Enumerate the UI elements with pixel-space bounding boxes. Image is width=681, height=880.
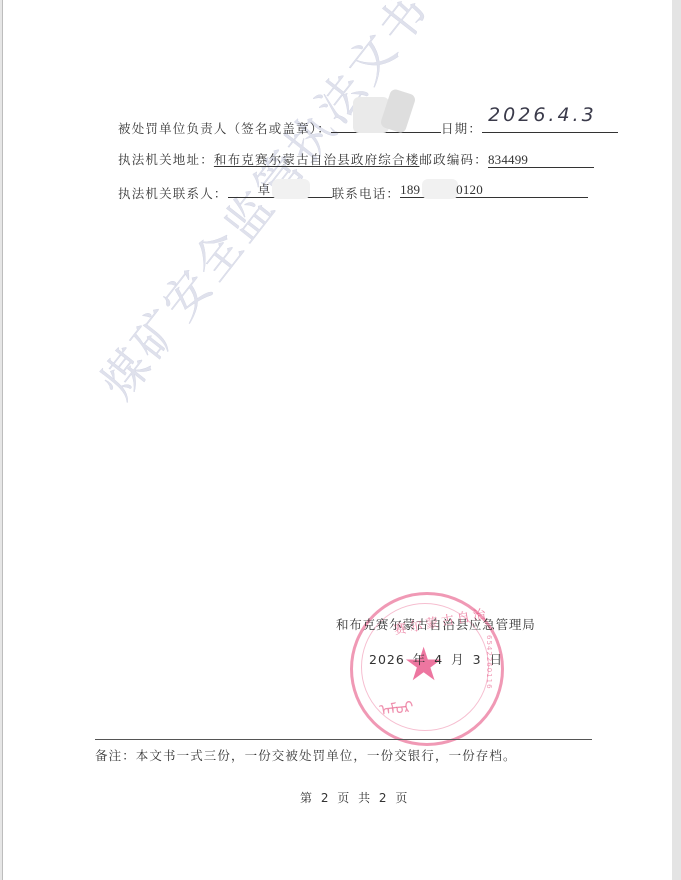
watermark: 煤矿安全监管执法文书专用: [83, 0, 504, 411]
date-field: 2026.4.3: [482, 117, 618, 133]
redaction-block: [422, 179, 458, 199]
signature-row: 被处罚单位负责人（签名或盖章）： 日期： 2026.4.3: [118, 117, 618, 137]
address-value: 和布克赛尔蒙古自治县政府综合楼: [214, 152, 420, 167]
remarks-note: 备注：本文书一式三份，一份交被处罚单位，一份交银行，一份存档。: [95, 746, 517, 764]
redaction-block: [379, 88, 416, 134]
contact-field: 卓: [228, 182, 332, 198]
viewer-scrollbar-track[interactable]: [672, 0, 681, 880]
phone-label: 联系电话：: [332, 186, 401, 201]
issue-date: 2026 年 4 月 3 日: [369, 650, 503, 668]
phone-prefix: 189: [400, 182, 420, 197]
seal-mongolian-script: ᠠᠮᠤᠷ: [378, 689, 415, 720]
phone-suffix: 0120: [456, 182, 483, 197]
document-page: 煤矿安全监管执法文书专用 被处罚单位负责人（签名或盖章）： 日期： 2026.4…: [2, 0, 673, 880]
page-number: 第 2 页 共 2 页: [300, 789, 408, 806]
date-label: 日期：: [441, 121, 482, 136]
handwritten-date: 2026.4.3: [488, 108, 597, 123]
postcode-field: 834499: [488, 152, 594, 168]
postcode-label: 邮政编码：: [419, 152, 488, 167]
phone-field: 189 0120: [400, 182, 588, 198]
contact-row: 执法机关联系人： 卓 联系电话： 189 0120: [118, 182, 588, 202]
contact-label: 执法机关联系人：: [118, 186, 228, 201]
redaction-block: [272, 179, 310, 199]
issuing-authority: 和布克赛尔蒙古自治县应急管理局: [336, 615, 536, 633]
address-label: 执法机关地址：: [118, 152, 214, 167]
divider: [95, 739, 592, 740]
contact-value: 卓: [258, 182, 272, 197]
postcode-value: 834499: [488, 152, 528, 167]
signature-label: 被处罚单位负责人（签名或盖章）：: [118, 121, 331, 136]
address-row: 执法机关地址：和布克赛尔蒙古自治县政府综合楼邮政编码：834499: [118, 150, 594, 168]
signature-field: [331, 117, 441, 133]
